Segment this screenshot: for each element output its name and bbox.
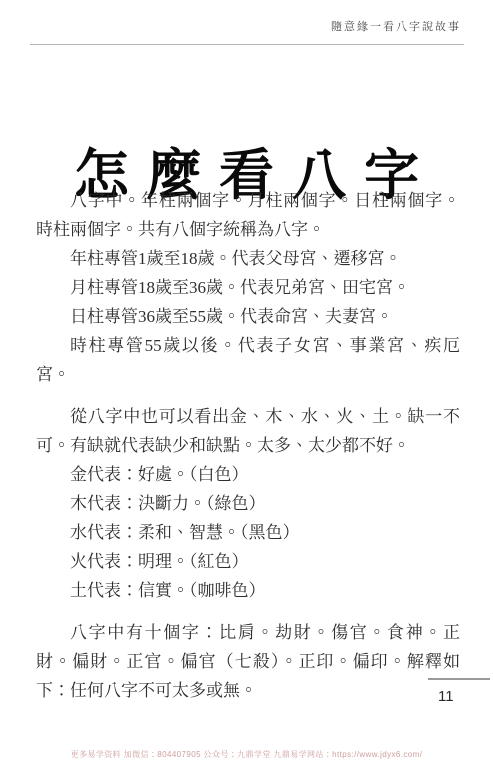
paragraph: 金代表：好處。（白色） bbox=[36, 460, 460, 489]
paragraph: 年柱專管1歲至18歲。代表父母宮、遷移宮。 bbox=[36, 244, 460, 273]
header-divider bbox=[30, 44, 464, 45]
text-block: 從八字中也可以看出金、木、水、火、土。缺一不可。有缺就代表缺少和缺點。太多、太少… bbox=[36, 402, 460, 605]
text-block: 八字中。年柱兩個字。月柱兩個字。日柱兩個字。時柱兩個字。共有八個字統稱為八字。年… bbox=[36, 186, 460, 389]
running-header: 隨意緣一看八字說故事 bbox=[331, 18, 461, 34]
paragraph: 水代表：柔和、智慧。（黑色） bbox=[36, 518, 460, 547]
book-page: 隨意緣一看八字說故事 怎麼看八字 八字中。年柱兩個字。月柱兩個字。日柱兩個字。時… bbox=[0, 0, 493, 776]
paragraph: 火代表：明理。（紅色） bbox=[36, 547, 460, 576]
body-text: 八字中。年柱兩個字。月柱兩個字。日柱兩個字。時柱兩個字。共有八個字統稱為八字。年… bbox=[36, 186, 460, 705]
page-number: 11 bbox=[438, 688, 454, 705]
paragraph: 八字中。年柱兩個字。月柱兩個字。日柱兩個字。時柱兩個字。共有八個字統稱為八字。 bbox=[36, 186, 460, 244]
paragraph: 時柱專管55歲以後。代表子女宮、事業宮、疾厄宮。 bbox=[36, 331, 460, 389]
footer-note: 更多易学资料 加微信：804407905 公众号：九鼎学堂 九鼎易学网站：htt… bbox=[0, 749, 493, 760]
paragraph: 土代表：信實。（咖啡色） bbox=[36, 576, 460, 605]
text-block: 八字中有十個字：比肩。劫財。傷官。食神。正財。偏財。正官。偏官（七殺）。正印。偏… bbox=[36, 618, 460, 705]
paragraph: 從八字中也可以看出金、木、水、火、土。缺一不可。有缺就代表缺少和缺點。太多、太少… bbox=[36, 402, 460, 460]
paragraph: 日柱專管36歲至55歲。代表命宮、夫妻宮。 bbox=[36, 302, 460, 331]
paragraph: 八字中有十個字：比肩。劫財。傷官。食神。正財。偏財。正官。偏官（七殺）。正印。偏… bbox=[36, 618, 460, 705]
paragraph: 木代表：決斷力。（綠色） bbox=[36, 489, 460, 518]
page-number-divider bbox=[428, 678, 490, 680]
paragraph: 月柱專管18歲至36歲。代表兄弟宮、田宅宮。 bbox=[36, 273, 460, 302]
